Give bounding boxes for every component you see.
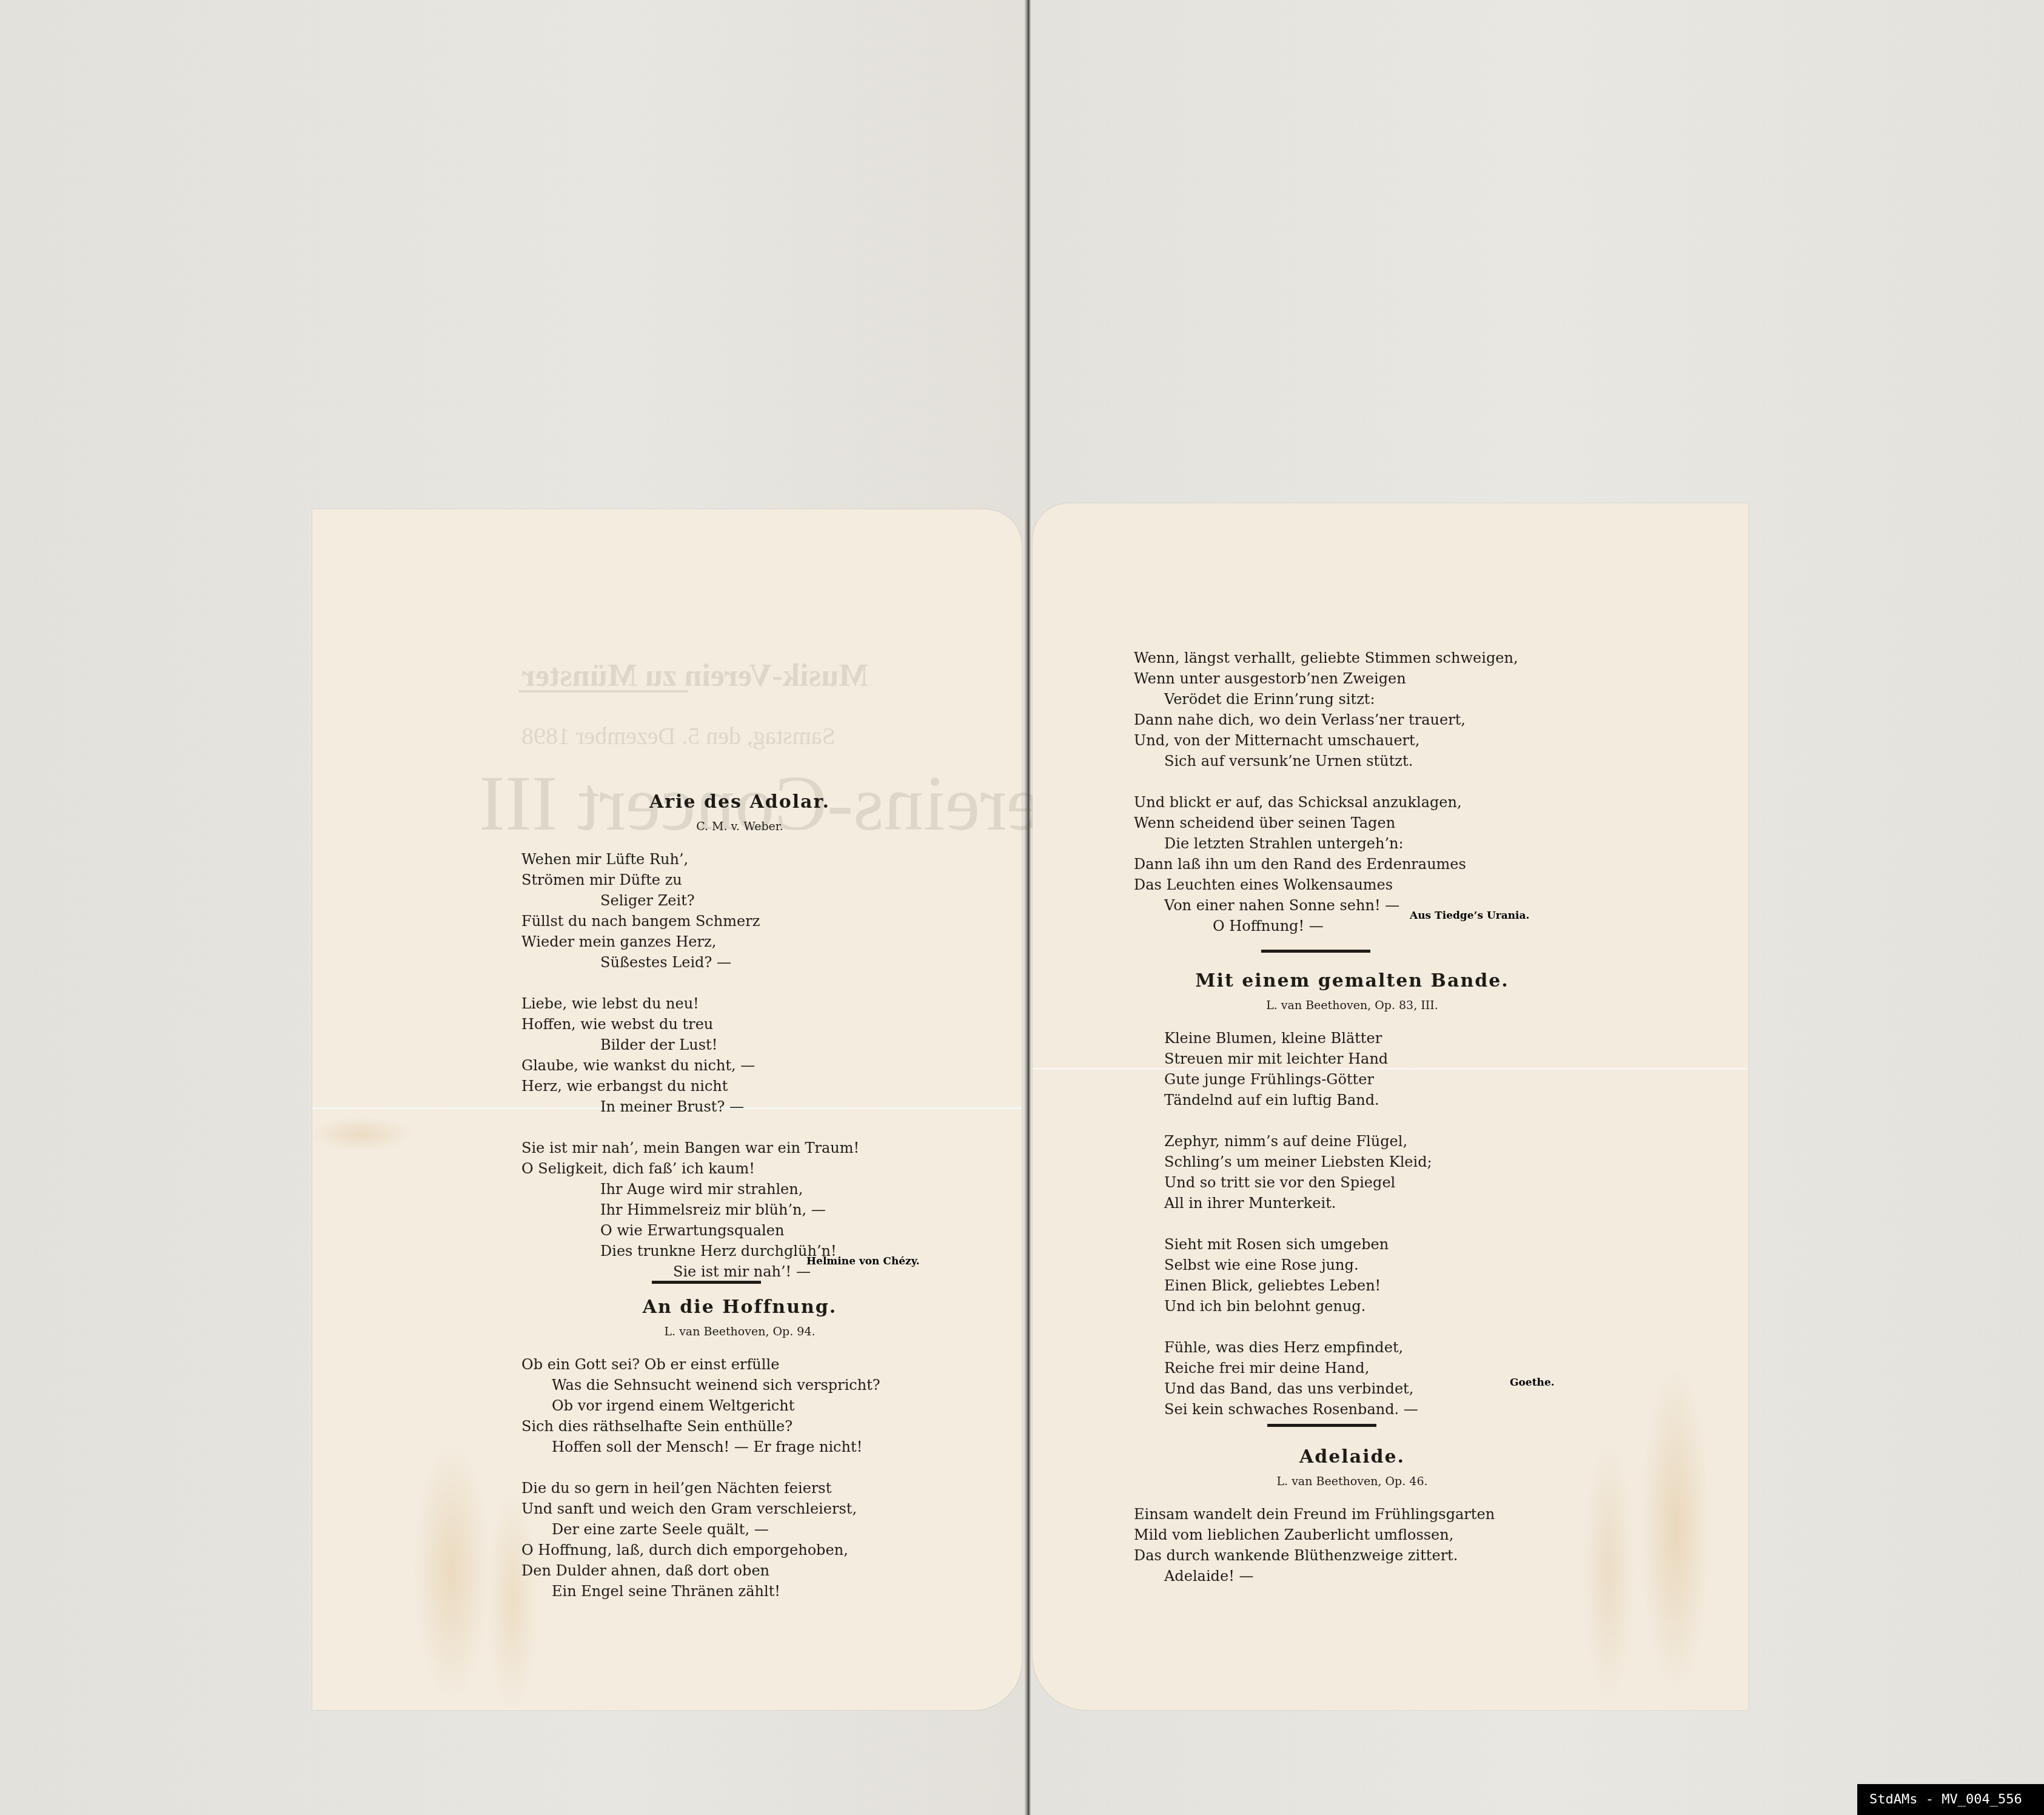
section-divider bbox=[1267, 1424, 1376, 1427]
lyric-line: Tändelnd auf ein luftig Band. bbox=[1164, 1090, 1570, 1110]
lyric-line: Ob ein Gott sei? Ob er einst erfülle bbox=[521, 1354, 958, 1375]
lyric-line: Die du so gern in heil’gen Nächten feier… bbox=[521, 1478, 958, 1498]
lyric-line: Bilder der Lust! bbox=[521, 1035, 958, 1055]
stanza-gap bbox=[1164, 1213, 1570, 1234]
lyric-line: Sich auf versunk’ne Urnen stützt. bbox=[1134, 751, 1570, 771]
song-lyrics: Kleine Blumen, kleine BlätterStreuen mir… bbox=[1134, 1028, 1570, 1420]
lyric-line: Streuen mir mit leichter Hand bbox=[1164, 1048, 1570, 1069]
lyric-line: Reiche frei mir deine Hand, bbox=[1164, 1358, 1570, 1378]
section-divider bbox=[652, 1281, 761, 1284]
stanza-list: Ob ein Gott sei? Ob er einst erfülleWas … bbox=[521, 1354, 958, 1602]
song-an-die-hoffnung-continued: Wenn, längst verhallt, geliebte Stimmen … bbox=[1134, 648, 1570, 936]
bleed-through-rule bbox=[518, 690, 688, 693]
lyric-line: Sie ist mir nah’, mein Bangen war ein Tr… bbox=[521, 1138, 958, 1158]
song-mit-einem-gemalten-bande: Mit einem gemalten Bande. L. van Beethov… bbox=[1134, 970, 1570, 1420]
lyric-line: Wenn, längst verhallt, geliebte Stimmen … bbox=[1134, 648, 1570, 668]
song-composer: L. van Beethoven, Op. 94. bbox=[521, 1325, 958, 1338]
lyric-line: All in ihrer Munterkeit. bbox=[1164, 1193, 1570, 1213]
lyric-line: Liebe, wie lebst du neu! bbox=[521, 993, 958, 1014]
stanza-gap bbox=[521, 1457, 958, 1478]
archive-label: StdAMs - MV_004_556 bbox=[1857, 1784, 2044, 1815]
lyric-line: Und so tritt sie vor den Spiegel bbox=[1164, 1172, 1570, 1193]
stanza-list: Kleine Blumen, kleine BlätterStreuen mir… bbox=[1164, 1028, 1570, 1420]
lyric-line: O wie Erwartungsqualen bbox=[521, 1220, 958, 1241]
song-lyrics: Einsam wandelt dein Freund im Frühlingsg… bbox=[1134, 1504, 1570, 1586]
lyric-line: In meiner Brust? — bbox=[521, 1096, 958, 1117]
lyric-line: Wehen mir Lüfte Ruh’, bbox=[521, 849, 958, 870]
lyric-line: Ein Engel seine Thränen zählt! bbox=[521, 1581, 958, 1602]
lyric-line: Zephyr, nimm’s auf deine Flügel, bbox=[1164, 1131, 1570, 1152]
lyric-line: Sich dies räthselhafte Sein enthülle? bbox=[521, 1416, 958, 1437]
stanza-list: Wenn, längst verhallt, geliebte Stimmen … bbox=[1134, 648, 1570, 936]
song-title: Mit einem gemalten Bande. bbox=[1134, 970, 1570, 991]
lyric-line: Und blickt er auf, das Schicksal anzukla… bbox=[1134, 792, 1570, 813]
song-composer: C. M. v. Weber. bbox=[521, 820, 958, 833]
lyric-line: Füllst du nach bangem Schmerz bbox=[521, 911, 958, 931]
lyric-line: Einsam wandelt dein Freund im Frühlingsg… bbox=[1134, 1504, 1570, 1525]
lyric-line: Dann nahe dich, wo dein Verlass’ner trau… bbox=[1134, 710, 1570, 730]
stanza-gap bbox=[1134, 771, 1570, 792]
song-title: An die Hoffnung. bbox=[521, 1297, 958, 1318]
lyric-line: Hoffen, wie webst du treu bbox=[521, 1014, 958, 1035]
lyric-line: Wenn scheidend über seinen Tagen bbox=[1134, 813, 1570, 833]
lyric-line: Seliger Zeit? bbox=[521, 890, 958, 911]
lyric-line: Hoffen soll der Mensch! — Er frage nicht… bbox=[521, 1437, 958, 1457]
lyric-line: Einen Blick, geliebtes Leben! bbox=[1164, 1275, 1570, 1296]
lyric-line: Und, von der Mitternacht umschauert, bbox=[1134, 730, 1570, 751]
lyric-line: Und sanft und weich den Gram verschleier… bbox=[521, 1498, 958, 1519]
lyric-line: Dann laß ihn um den Rand des Erdenraumes bbox=[1134, 854, 1570, 874]
lyric-line: Glaube, wie wankst du nicht, — bbox=[521, 1055, 958, 1076]
stanza-gap bbox=[521, 1117, 958, 1138]
lyric-line: Süßestes Leid? — bbox=[521, 952, 958, 973]
lyric-line: Der eine zarte Seele quält, — bbox=[521, 1519, 958, 1540]
lyric-line: Sieht mit Rosen sich umgeben bbox=[1164, 1234, 1570, 1255]
lyric-line: Wenn unter ausgestorb’nen Zweigen bbox=[1134, 668, 1570, 689]
lyric-line: Kleine Blumen, kleine Blätter bbox=[1164, 1028, 1570, 1048]
lyric-line: Ob vor irgend einem Weltgericht bbox=[521, 1395, 958, 1416]
lyric-line: Verödet die Erinn’rung sitzt: bbox=[1134, 689, 1570, 710]
lyric-line: Adelaide! — bbox=[1134, 1566, 1570, 1586]
lyric-line: Ihr Auge wird mir strahlen, bbox=[521, 1179, 958, 1199]
lyric-line: Den Dulder ahnen, daß dort oben bbox=[521, 1560, 958, 1581]
lyric-line: Und ich bin belohnt genug. bbox=[1164, 1296, 1570, 1317]
lyric-line: Das Leuchten eines Wolkensaumes bbox=[1134, 874, 1570, 895]
song-title: Adelaide. bbox=[1134, 1446, 1570, 1468]
lyric-line: O Seligkeit, dich faß’ ich kaum! bbox=[521, 1158, 958, 1179]
song-lyrics: Wehen mir Lüfte Ruh’,Strömen mir Düfte z… bbox=[521, 849, 958, 1282]
lyric-line: Ihr Himmelsreiz mir blüh’n, — bbox=[521, 1199, 958, 1220]
lyricist-credit: Goethe. bbox=[1510, 1377, 1555, 1389]
section-divider bbox=[1261, 950, 1370, 953]
lyric-line: Herz, wie erbangst du nicht bbox=[521, 1076, 958, 1096]
song-composer: L. van Beethoven, Op. 83, III. bbox=[1134, 999, 1570, 1012]
stanza-gap bbox=[1164, 1110, 1570, 1131]
song-an-die-hoffnung: An die Hoffnung. L. van Beethoven, Op. 9… bbox=[521, 1297, 958, 1602]
song-arie-des-adolar: Arie des Adolar. C. M. v. Weber. Wehen m… bbox=[521, 791, 958, 1282]
stanza-gap bbox=[521, 973, 958, 993]
lyric-line: Sei kein schwaches Rosenband. — bbox=[1164, 1399, 1570, 1420]
lyric-line: Selbst wie eine Rose jung. bbox=[1164, 1255, 1570, 1275]
stanza-list: Einsam wandelt dein Freund im Frühlingsg… bbox=[1134, 1504, 1570, 1586]
lyricist-credit: Aus Tiedge’s Urania. bbox=[1410, 910, 1530, 922]
song-lyrics: Ob ein Gott sei? Ob er einst erfülleWas … bbox=[521, 1354, 958, 1602]
lyric-line: Gute junge Frühlings-Götter bbox=[1164, 1069, 1570, 1090]
lyric-line: Strömen mir Düfte zu bbox=[521, 870, 958, 890]
lyric-line: Wieder mein ganzes Herz, bbox=[521, 931, 958, 952]
lyric-line: Was die Sehnsucht weinend sich versprich… bbox=[521, 1375, 958, 1395]
lyric-line: Das durch wankende Blüthenzweige zittert… bbox=[1134, 1545, 1570, 1566]
song-title: Arie des Adolar. bbox=[521, 791, 958, 813]
lyricist-credit: Helmine von Chézy. bbox=[806, 1255, 920, 1267]
song-adelaide: Adelaide. L. van Beethoven, Op. 46. Eins… bbox=[1134, 1446, 1570, 1586]
stanza-gap bbox=[1164, 1317, 1570, 1337]
book-spine bbox=[1025, 0, 1031, 1815]
lyric-line: Mild vom lieblichen Zauberlicht umflosse… bbox=[1134, 1525, 1570, 1545]
lyric-line: Fühle, was dies Herz empfindet, bbox=[1164, 1337, 1570, 1358]
lyric-line: O Hoffnung, laß, durch dich emporgehoben… bbox=[521, 1540, 958, 1560]
song-composer: L. van Beethoven, Op. 46. bbox=[1134, 1475, 1570, 1488]
stanza-list: Wehen mir Lüfte Ruh’,Strömen mir Düfte z… bbox=[521, 849, 958, 1282]
lyric-line: Schling’s um meiner Liebsten Kleid; bbox=[1164, 1152, 1570, 1172]
lyric-line: Die letzten Strahlen untergeh’n: bbox=[1134, 833, 1570, 854]
